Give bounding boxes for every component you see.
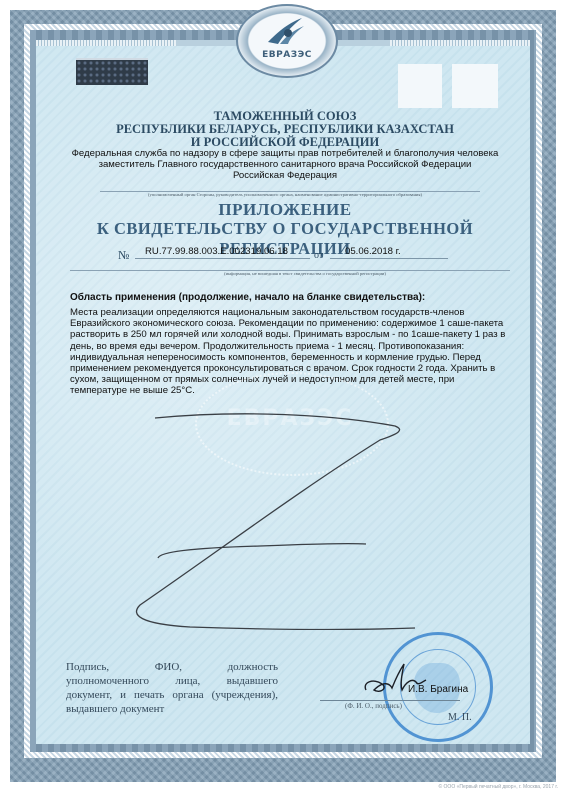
scope-line: Места реализации определяются национальн… xyxy=(70,307,510,318)
registration-number-row: № RU.77.99.88.003.E.002319.06.18 от 05.0… xyxy=(0,246,566,262)
blank-field-box xyxy=(398,64,442,108)
authority-line3: Российская Федерация xyxy=(60,170,510,181)
scope-heading: Область применения (продолжение, начало … xyxy=(70,292,510,303)
signature-underline xyxy=(320,700,460,701)
security-hologram-strip xyxy=(76,58,148,85)
scope-line: растворить в 250 мл горячей или холодной… xyxy=(70,329,510,340)
emblem-swoosh-icon xyxy=(266,16,306,46)
signer-caption: (Ф. И. О., подпись) xyxy=(345,702,402,710)
blank-field-box xyxy=(452,64,498,108)
z-cancellation-mark xyxy=(60,380,480,630)
number-sign: № xyxy=(118,248,129,263)
border-microtext-left xyxy=(36,40,176,46)
border-microtext-right xyxy=(390,40,530,46)
appendix-title: ПРИЛОЖЕНИЕ xyxy=(60,200,510,220)
date-underline xyxy=(330,258,448,259)
emblem-label: ЕВРАЗЭС xyxy=(238,50,336,60)
signature-instructions: Подпись, ФИО, должность уполномоченного … xyxy=(66,660,278,716)
evrazes-emblem: ЕВРАЗЭС xyxy=(236,4,338,78)
scope-line: Евразийского экономического союза. Реком… xyxy=(70,318,510,329)
authority-caption: (уполномоченный орган Стороны, руководит… xyxy=(70,192,500,197)
registration-number: RU.77.99.88.003.E.002319.06.18 xyxy=(145,246,288,257)
scope-line: индивидуальная непереносимость компонент… xyxy=(70,352,510,363)
authority-line1: Федеральная служба по надзору в сфере за… xyxy=(60,148,510,159)
number-underline xyxy=(135,258,310,259)
registration-date: 05.06.2018 г. xyxy=(345,246,401,257)
seal-place-label: М. П. xyxy=(448,712,472,723)
printer-footer-note: © ООО «Первый печатный двор», г. Москва,… xyxy=(438,784,558,790)
authority-line2: заместитель Главного государственного са… xyxy=(60,159,510,170)
caption-underline xyxy=(70,270,510,271)
from-label: от xyxy=(314,250,323,261)
scope-line: день, во время еды вечером. Продолжитель… xyxy=(70,341,510,352)
registration-caption: (информация, не вошедшая в текст свидете… xyxy=(180,271,430,276)
signer-name: И.В. Брагина xyxy=(408,684,468,695)
